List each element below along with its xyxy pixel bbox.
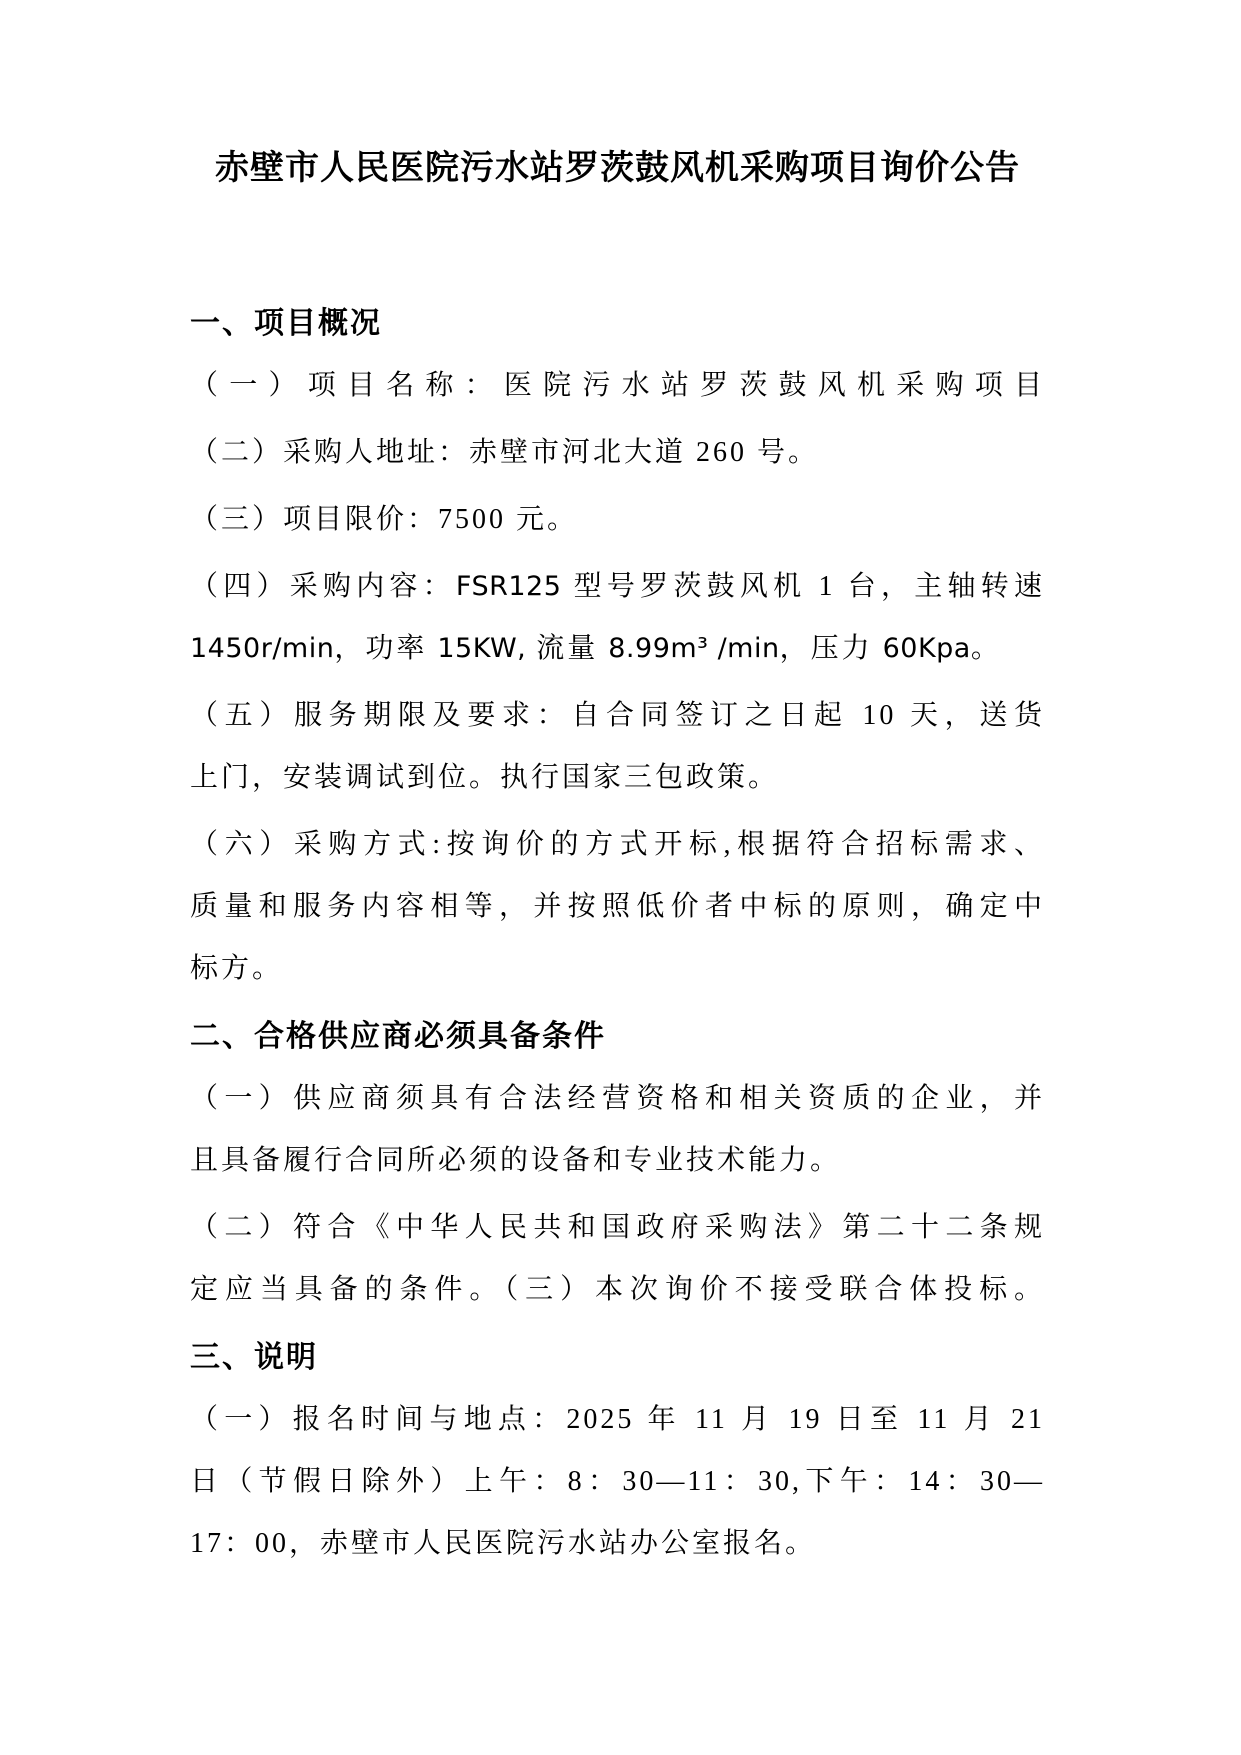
paragraph: （六）采购方式:按询价的方式开标,根据符合招标需求、质量和服务内容相等，并按照低… <box>190 814 1045 1000</box>
doc-line: （二）采购人地址：赤壁市河北大道 260 号。 <box>190 422 1045 484</box>
paragraph: （三）项目限价：7500 元。 <box>190 489 1045 551</box>
latin-text-run: FSR125 <box>456 571 562 602</box>
doc-line: 质量和服务内容相等，并按照低价者中标的原则，确定中 <box>190 876 1045 938</box>
paragraph: （二）采购人地址：赤壁市河北大道 260 号。 <box>190 422 1045 484</box>
doc-line: 1450r/min，功率 15KW, 流量 8.99m³ /min，压力 60K… <box>190 618 1045 680</box>
cjk-text-run: 。 <box>971 633 1002 664</box>
cjk-text-run: 上门，安装调试到位。执行国家三包政策。 <box>190 762 779 793</box>
cjk-text-run: （六）采购方式:按询价的方式开标,根据符合招标需求、 <box>190 829 1045 860</box>
doc-line: 且具备履行合同所必须的设备和专业技术能力。 <box>190 1130 1045 1192</box>
doc-line: （一）报名时间与地点：2025 年 11 月 19 日至 11 月 21 <box>190 1389 1045 1451</box>
cjk-text-run: ，压力 <box>780 633 883 664</box>
cjk-text-run: 且具备履行合同所必须的设备和专业技术能力。 <box>190 1145 841 1176</box>
latin-text-run: 60Kpa <box>883 633 971 664</box>
doc-line: （四）采购内容：FSR125 型号罗茨鼓风机 1 台，主轴转速 <box>190 556 1045 618</box>
latin-text-run: 15KW, <box>437 633 526 664</box>
document-title: 赤壁市人民医院污水站罗茨鼓风机采购项目询价公告 <box>190 146 1045 190</box>
doc-line: （一）项目名称：医院污水站罗茨鼓风机采购项目 <box>190 355 1045 417</box>
paragraph: （一）报名时间与地点：2025 年 11 月 19 日至 11 月 21日（节假… <box>190 1389 1045 1575</box>
cjk-text-run: 17：00，赤壁市人民医院污水站办公室报名。 <box>190 1528 816 1559</box>
cjk-text-run: 型号罗茨鼓风机 1 台，主轴转速 <box>561 571 1045 602</box>
doc-line: 标方。 <box>190 938 1045 1000</box>
section-heading: 一、项目概况 <box>190 293 1045 355</box>
doc-line: （三）项目限价：7500 元。 <box>190 489 1045 551</box>
cjk-text-run: 日（节假日除外）上午：8：30—11：30,下午：14：30— <box>190 1466 1045 1497</box>
doc-line: （一）供应商须具有合法经营资格和相关资质的企业，并 <box>190 1068 1045 1130</box>
cjk-text-run: （二）采购人地址：赤壁市河北大道 260 号。 <box>190 437 819 468</box>
cjk-text-run: （五）服务期限及要求：自合同签订之日起 10 天，送货 <box>190 700 1045 731</box>
doc-line: 17：00，赤壁市人民医院污水站办公室报名。 <box>190 1513 1045 1575</box>
cjk-text-run: （三）项目限价：7500 元。 <box>190 504 578 535</box>
document-body: 一、项目概况（一）项目名称：医院污水站罗茨鼓风机采购项目（二）采购人地址：赤壁市… <box>190 293 1045 1575</box>
cjk-text-run: ，功率 <box>334 633 437 664</box>
doc-line: 上门，安装调试到位。执行国家三包政策。 <box>190 747 1045 809</box>
paragraph: （一）项目名称：医院污水站罗茨鼓风机采购项目 <box>190 355 1045 417</box>
cjk-text-run: 质量和服务内容相等，并按照低价者中标的原则，确定中 <box>190 891 1045 922</box>
section-heading: 三、说明 <box>190 1327 1045 1389</box>
cjk-text-run: 标方。 <box>190 953 283 984</box>
cjk-text-run: 定应当具备的条件。（三）本次询价不接受联合体投标。 <box>190 1274 1045 1305</box>
cjk-text-run: （一）项目名称：医院污水站罗茨鼓风机采购项目 <box>190 370 1045 401</box>
latin-text-run: 1450r/min <box>190 633 334 664</box>
doc-line: （二）符合《中华人民共和国政府采购法》第二十二条规 <box>190 1197 1045 1259</box>
cjk-text-run: （一）供应商须具有合法经营资格和相关资质的企业，并 <box>190 1083 1045 1114</box>
cjk-text-run: （二）符合《中华人民共和国政府采购法》第二十二条规 <box>190 1212 1045 1243</box>
paragraph: （一）供应商须具有合法经营资格和相关资质的企业，并且具备履行合同所必须的设备和专… <box>190 1068 1045 1192</box>
cjk-text-run: （一）报名时间与地点：2025 年 11 月 19 日至 11 月 21 <box>190 1404 1045 1435</box>
doc-line: 日（节假日除外）上午：8：30—11：30,下午：14：30— <box>190 1451 1045 1513</box>
paragraph: （四）采购内容：FSR125 型号罗茨鼓风机 1 台，主轴转速1450r/min… <box>190 556 1045 680</box>
doc-line: （六）采购方式:按询价的方式开标,根据符合招标需求、 <box>190 814 1045 876</box>
section-heading: 二、合格供应商必须具备条件 <box>190 1006 1045 1068</box>
doc-line: 定应当具备的条件。（三）本次询价不接受联合体投标。 <box>190 1259 1045 1321</box>
cjk-text-run: 流量 <box>526 633 608 664</box>
document-page: 赤壁市人民医院污水站罗茨鼓风机采购项目询价公告 一、项目概况（一）项目名称：医院… <box>0 0 1241 1755</box>
cjk-text-run: （四）采购内容： <box>190 571 456 602</box>
paragraph: （五）服务期限及要求：自合同签订之日起 10 天，送货上门，安装调试到位。执行国… <box>190 685 1045 809</box>
paragraph: （二）符合《中华人民共和国政府采购法》第二十二条规定应当具备的条件。（三）本次询… <box>190 1197 1045 1321</box>
latin-text-run: 8.99m³ /min <box>608 633 779 664</box>
doc-line: （五）服务期限及要求：自合同签订之日起 10 天，送货 <box>190 685 1045 747</box>
